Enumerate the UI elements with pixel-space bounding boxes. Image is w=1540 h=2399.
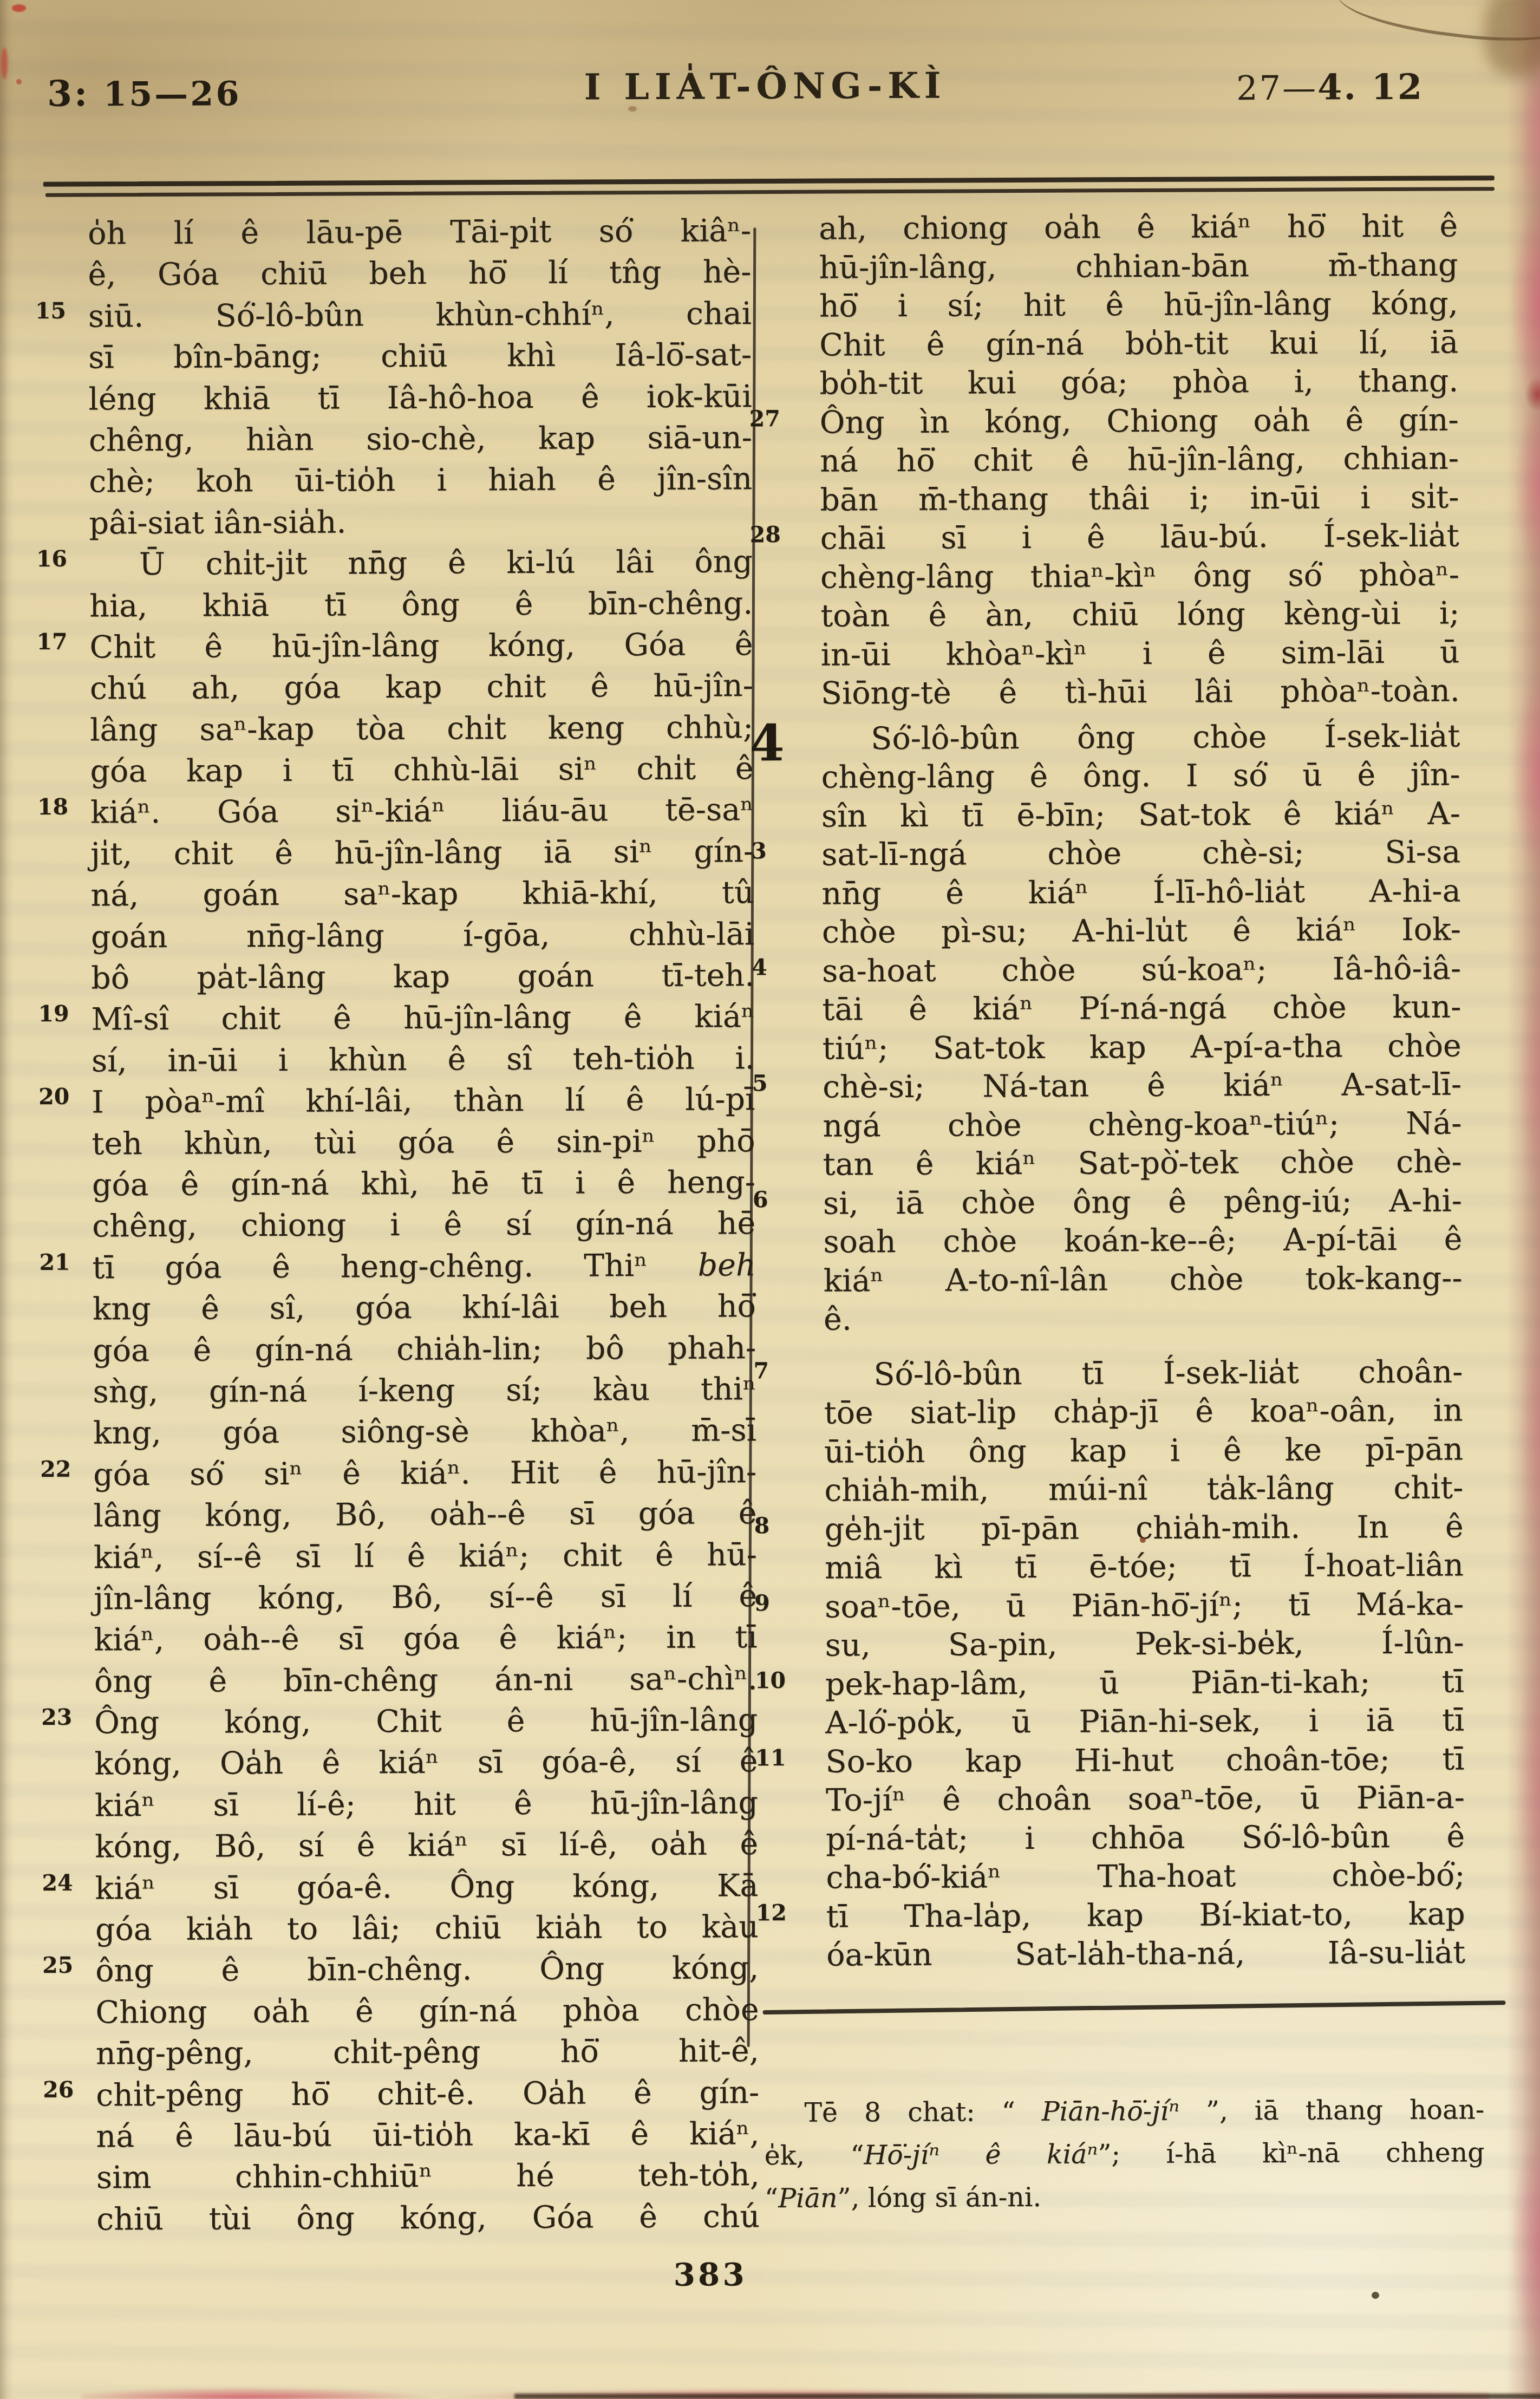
header-double-rule-top [43, 175, 1495, 187]
line-text: soah chòe koán-ke--ê; A-pí-tāi ê [823, 1221, 1462, 1260]
text-line: chèng-lâng ê ông. I só͘ ū ê jîn- [821, 755, 1460, 797]
text-line: in-ūi khòaⁿ-kìⁿ i ê sim-lāi ū [820, 633, 1459, 675]
text-line: 7Só͘-lô-bûn tī Í-sek-lia̍t choân- [824, 1353, 1463, 1394]
text-line: 26chi̍t-pêng hō͘ chit-ê. Oa̍h ê gín- [96, 2072, 759, 2116]
line-text: góa kap i tī chhù-lāi siⁿ chi̍t ê [90, 751, 753, 789]
line-text: ná hō͘ chit ê hū-jîn-lâng, chhian- [820, 440, 1459, 479]
verse-number: 22 [40, 1458, 83, 1480]
line-text: chòe pì-su; A-hi-lu̍t ê kiáⁿ Iok- [822, 911, 1461, 950]
line-text: Siōng-tè ê tì-hūi lâi phòaⁿ-toàn. [821, 673, 1460, 711]
verse-number: 9 [754, 1592, 800, 1614]
line-text: lâng kóng, Bô, oa̍h--ê sī góa ê [93, 1495, 756, 1534]
line-text: jîn-lâng kóng, Bô, sí--ê sī lí ê [94, 1578, 757, 1616]
line-text: óa-kūn Sat-la̍h-tha-ná, Iâ-su-lia̍t [826, 1934, 1465, 1973]
text-line: 20I pòaⁿ-mî khí-lâi, thàn lí ê lú-pī [92, 1079, 755, 1123]
line-text: bô pa̍t-lâng kap goán tī-teh. [91, 957, 754, 996]
line-text: sa-hoat chòe sú-koaⁿ; Iâ-hô-iâ- [822, 950, 1461, 989]
line-text: o̍h lí ê lāu-pē Tāi-pi̍t só͘ kiâⁿ- [88, 213, 751, 251]
text-line: goán nn̄g-lâng í-gōa, chhù-lāi [91, 914, 754, 958]
text-line: 12tī Tha-la̍p, kap Bí-kiat-to, kap [826, 1895, 1465, 1937]
text-line: ná hō͘ chit ê hū-jîn-lâng, chhian- [820, 439, 1459, 481]
line-text: e̍k, “Hō͘-jíⁿ ê kiáⁿ”; í-hā kìⁿ-nā chhen… [765, 2137, 1485, 2171]
text-line: léng khiā tī Iâ-hô-hoa ê iok-kūi [88, 376, 752, 420]
text-line: sîn kì tī ē-bīn; Sat-tok ê kiáⁿ A- [821, 794, 1460, 836]
line-text: ná, goán saⁿ-kap khiā-khí, tû [90, 875, 754, 913]
text-line: kiáⁿ, oa̍h--ê sī góa ê kiáⁿ; in tī [94, 1616, 757, 1661]
line-text: in-ūi khòaⁿ-kìⁿ i ê sim-lāi ū [820, 634, 1459, 673]
line-text: Ông ìn kóng, Chiong oa̍h ê gín- [820, 402, 1459, 440]
text-line: 16Ū chi̍t-ji̍t nn̄g ê ki-lú lâi ông [89, 541, 753, 585]
verse-number: 18 [37, 796, 81, 818]
verse-number: 27 [749, 407, 795, 429]
line-text: teh khùn, tùi góa ê sin-piⁿ phō [92, 1123, 755, 1162]
line-text: sǹg, gín-ná í-keng sí; kàu thiⁿ [93, 1371, 756, 1410]
line-text: ê. [824, 1301, 852, 1337]
text-line: 17Chi̍t ê hū-jîn-lâng kóng, Góa ê [89, 624, 753, 668]
line-text: kng, góa siông-sè khòaⁿ, m̄-sī [93, 1412, 756, 1451]
line-text: kiáⁿ sī lí-ê; hit ê hū-jîn-lâng [95, 1785, 758, 1823]
line-text: I pòaⁿ-mî khí-lâi, thàn lí ê lú-pī [92, 1081, 755, 1120]
text-line: Chiong oa̍h ê gín-ná phòa chòe [95, 1989, 759, 2033]
text-line: góa kia̍h to lâi; chiū kia̍h to kàu [95, 1906, 759, 1951]
line-text: tāi ê kiáⁿ Pí-ná-ngá chòe kun- [822, 989, 1461, 1027]
text-line: 5chè-si; Ná-tan ê kiáⁿ A-sat-lī- [823, 1065, 1461, 1107]
page-scan-content: 3: 15—26 I LIA̍T-ÔNG-KÌ 27—4. 12 o̍h lí … [0, 0, 1540, 2399]
line-text: chú ah, góa kap chit ê hū-jîn- [90, 668, 753, 706]
right-text-column: ah, chiong oa̍h ê kiáⁿ hō͘ hit êhū-jîn-l… [819, 207, 1465, 1975]
text-line: cha-bó͘-kiáⁿ Tha-hoat chòe-bó͘; [826, 1856, 1465, 1898]
line-text: pek-hap-lâm, ū Piān-ti-kah; tī [825, 1664, 1464, 1702]
line-text: kiáⁿ sī góa-ê. Ông kóng, Kā [95, 1868, 758, 1906]
text-line: 18kiáⁿ. Góa siⁿ-kiáⁿ liáu-āu tē-saⁿ [90, 790, 754, 834]
header-double-rule-bottom [45, 187, 1495, 197]
text-line: 23Ông kóng, Chit ê hū-jîn-lâng [94, 1699, 758, 1744]
line-text: soaⁿ-tōe, ū Piān-hō͘-jíⁿ; tī Má-ka- [825, 1586, 1464, 1625]
header-verses-right-bold: 4. 12 [1317, 67, 1424, 108]
line-text: sîn kì tī ē-bīn; Sat-tok ê kiáⁿ A- [821, 796, 1460, 834]
line-text: tōe siat-li̍p cha̍p-jī ê koaⁿ-oân, in [824, 1392, 1463, 1431]
text-line: óa-kūn Sat-la̍h-tha-ná, Iâ-su-lia̍t [826, 1933, 1465, 1975]
line-text: So-ko kap Hi-hut choân-tōe; tī [825, 1741, 1464, 1779]
text-line: góa ê gín-ná khì, hē tī i ê heng- [92, 1162, 755, 1206]
verse-number: 23 [41, 1706, 84, 1729]
page-number: 383 [656, 2256, 765, 2293]
text-line: 4Só͘-lô-bûn ông chòe Í-sek-lia̍t [821, 717, 1460, 759]
text-line: sǹg, gín-ná í-keng sí; kàu thiⁿ [93, 1368, 756, 1413]
line-text: cha-bó͘-kiáⁿ Tha-hoat chòe-bó͘; [826, 1857, 1465, 1895]
verse-number: 10 [755, 1669, 801, 1691]
line-text: ông ê bīn-chêng. Ông kóng, [95, 1951, 759, 1989]
text-line: teh khùn, tùi góa ê sin-piⁿ phō [92, 1120, 755, 1165]
footnote-block: Tē 8 chat: “ Piān-hō͘-jíⁿ ”, iā thang ho… [764, 2088, 1485, 2220]
line-text: chāi sī i ê lāu-bú. Í-sek-lia̍t [820, 518, 1459, 556]
text-line: hō͘ i sí; hit ê hū-jîn-lâng kóng, [819, 284, 1458, 326]
line-text: miâ kì tī ē-tóe; tī Í-hoat-liân [825, 1547, 1464, 1586]
line-text: kóng, Bô, sí ê kiáⁿ sī lí-ê, oa̍h ê [95, 1826, 758, 1865]
line-text: Chiong oa̍h ê gín-ná phòa chòe [95, 1992, 759, 2030]
verse-number: 20 [38, 1086, 82, 1108]
text-line: ê, Góa chiū beh hō͘ lí tn̂g hè- [88, 252, 751, 296]
line-text: sat-lī-ngá chòe chè-si; Si-sa [821, 834, 1460, 872]
text-line: ngá chòe chèng-koaⁿ-tiúⁿ; Ná- [823, 1104, 1461, 1146]
text-line: 9soaⁿ-tōe, ū Piān-hō͘-jíⁿ; tī Má-ka- [825, 1585, 1464, 1627]
text-line: kiáⁿ, sí--ê sī lí ê kiáⁿ; chit ê hū- [94, 1534, 757, 1579]
line-text: siū. Só͘-lô-bûn khùn-chhíⁿ, chai [88, 296, 752, 334]
line-text: bān m̄-thang thâi i; in-ūi i si̍t- [820, 479, 1459, 518]
text-line: nn̄g-pêng, chi̍t-pêng hō͘ hit-ê, [96, 2030, 759, 2075]
line-text: sim chhin-chhiūⁿ hé teh-to̍h, [96, 2157, 760, 2195]
line-text: góa ê gín-ná khì, hē tī i ê heng- [92, 1164, 755, 1203]
text-line: bo̍h-tit kui góa; phòa i, thang. [819, 362, 1458, 403]
text-line: hū-jîn-lâng, chhian-bān m̄-thang [819, 246, 1458, 288]
text-line: 28chāi sī i ê lāu-bú. Í-sek-lia̍t [820, 517, 1459, 558]
line-text: Mî-sî chit ê hū-jîn-lâng ê kiáⁿ [91, 999, 754, 1038]
text-line: chêng, chiong i ê sí gín-ná hē [92, 1203, 755, 1247]
text-line: 27Ông ìn kóng, Chiong oa̍h ê gín- [820, 401, 1459, 442]
verse-number: 7 [753, 1359, 799, 1381]
verse-number: 11 [755, 1746, 801, 1769]
text-line: pâi-siat iân-sia̍h. [89, 500, 752, 544]
text-line: kóng, Bô, sí ê kiáⁿ sī lí-ê, oa̍h ê [95, 1823, 758, 1868]
text-line: 10pek-hap-lâm, ū Piān-ti-kah; tī [825, 1663, 1464, 1704]
line-text: To-jíⁿ ê choân soaⁿ-tōe, ū Piān-a- [826, 1779, 1465, 1818]
text-line: Chit ê gín-ná bo̍h-tit kui lí, iā [819, 323, 1458, 365]
verse-number: 3 [751, 840, 797, 862]
line-text: Chit ê gín-ná bo̍h-tit kui lí, iā [819, 324, 1458, 363]
line-text: léng khiā tī Iâ-hô-hoa ê iok-kūi [88, 379, 752, 417]
line-text: su, Sa-pin, Pek-si-be̍k, Í-lûn- [825, 1625, 1464, 1663]
line-text: chè-si; Ná-tan ê kiáⁿ A-sat-lī- [823, 1066, 1461, 1105]
line-text: nn̄g-pêng, chi̍t-pêng hō͘ hit-ê, [96, 2033, 759, 2071]
text-line: 3sat-lī-ngá chòe chè-si; Si-sa [821, 833, 1460, 875]
line-text: góa ê gín-ná chia̍h-lin; bô phah- [93, 1330, 756, 1368]
text-line: tāi ê kiáⁿ Pí-ná-ngá chòe kun- [822, 988, 1461, 1029]
line-text: chèng-lâng thiaⁿ-kìⁿ ông só͘ phòaⁿ- [820, 557, 1459, 595]
verse-number: 15 [35, 299, 79, 322]
text-line: e̍k, “Hō͘-jíⁿ ê kiáⁿ”; í-hā kìⁿ-nā chhen… [765, 2131, 1485, 2177]
line-text: A-ló͘-po̍k, ū Piān-hi-sek, i iā tī [825, 1702, 1464, 1740]
text-line: su, Sa-pin, Pek-si-be̍k, Í-lûn- [825, 1624, 1464, 1665]
line-text: bo̍h-tit kui góa; phòa i, thang. [819, 363, 1458, 401]
line-text: chi̍t-pêng hō͘ chit-ê. Oa̍h ê gín- [96, 2075, 759, 2113]
text-line: 4sa-hoat chòe sú-koaⁿ; Iâ-hô-iâ- [822, 949, 1461, 991]
verse-number: 12 [756, 1901, 802, 1924]
text-line: 24kiáⁿ sī góa-ê. Ông kóng, Kā [95, 1865, 758, 1909]
text-line: chèng-lâng thiaⁿ-kìⁿ ông só͘ phòaⁿ- [820, 556, 1459, 597]
line-text: chè; koh ūi-tio̍h i hiah ê jîn-sîn [89, 461, 752, 499]
line-text: kiáⁿ A-to-nî-lân chòe tok-kang-- [824, 1260, 1463, 1299]
text-line: sí, in-ūi i khùn ê sî teh-tio̍h i. [92, 1038, 755, 1082]
text-line: toàn ê àn, chiū lóng kèng-ùi i; [820, 594, 1459, 636]
text-line: chia̍h-mi̍h, múi-nî ta̍k-lâng chi̍t- [824, 1469, 1463, 1510]
text-line: lâng kóng, Bô, oa̍h--ê sī góa ê [93, 1492, 756, 1537]
line-text: pí-ná-ta̍t; i chhōa Só͘-lô-bûn ê [826, 1818, 1465, 1857]
text-line: góa ê gín-ná chia̍h-lin; bô phah- [93, 1327, 756, 1372]
text-line: ūi-tio̍h ông kap i ê ke pī-pān [824, 1430, 1463, 1472]
line-text: kng ê sî, góa khí-lâi beh hō͘ [93, 1288, 756, 1327]
line-text: nn̄g ê kiáⁿ Í-lī-hô-lia̍t A-hi-a [821, 873, 1460, 911]
verse-number: 17 [36, 630, 80, 653]
text-line: ông ê bīn-chêng án-ni saⁿ-chìⁿ. [94, 1658, 758, 1703]
line-text: “Piān”, lóng sī án-ni. [765, 2182, 1041, 2214]
text-line: 11So-ko kap Hi-hut choân-tōe; tī [825, 1740, 1464, 1782]
text-line: o̍h lí ê lāu-pē Tāi-pi̍t só͘ kiâⁿ- [88, 210, 751, 255]
line-text: sí, in-ūi i khùn ê sî teh-tio̍h i. [92, 1040, 755, 1079]
verse-number: 4 [752, 956, 798, 978]
text-line: 8ge̍h-ji̍t pī-pān chia̍h-mi̍h. In ê [825, 1508, 1464, 1549]
text-line: “Piān”, lóng sī án-ni. [765, 2174, 1485, 2220]
verse-number: 8 [754, 1514, 800, 1536]
line-text: tī góa ê heng-chêng. Thiⁿ beh [92, 1247, 755, 1286]
verse-number: 24 [42, 1872, 85, 1894]
line-text: lâng saⁿ-kap tòa chi̍t keng chhù; [90, 709, 753, 748]
text-line: sim chhin-chhiūⁿ hé teh-to̍h, [96, 2154, 760, 2199]
line-text: pâi-siat iân-sia̍h. [89, 504, 346, 541]
line-text: Só͘-lô-bûn tī Í-sek-lia̍t choân- [873, 1354, 1463, 1392]
verse-number: 28 [750, 524, 796, 546]
text-line: kng, góa siông-sè khòaⁿ, m̄-sī [93, 1410, 756, 1454]
line-text: kiáⁿ, sí--ê sī lí ê kiáⁿ; chit ê hū- [94, 1537, 757, 1575]
text-line: miâ kì tī ē-tóe; tī Í-hoat-liân [825, 1546, 1464, 1588]
line-text: hū-jîn-lâng, chhian-bān m̄-thang [819, 247, 1458, 285]
text-line: nn̄g ê kiáⁿ Í-lī-hô-lia̍t A-hi-a [821, 872, 1460, 914]
verse-number: 21 [39, 1251, 82, 1273]
text-line: chêng, hiàn sio-chè, kap siā-un- [89, 417, 752, 461]
verse-number: 25 [42, 1954, 86, 1977]
line-text: chêng, chiong i ê sí gín-ná hē [92, 1205, 755, 1244]
header-verse-range-right: 27—4. 12 [1236, 67, 1424, 109]
text-line: ji̍t, chit ê hū-jîn-lâng iā siⁿ gín- [90, 831, 754, 875]
line-text: chia̍h-mi̍h, múi-nî ta̍k-lâng chi̍t- [824, 1470, 1463, 1508]
line-text: chèng-lâng ê ông. I só͘ ū ê jîn- [821, 757, 1460, 795]
text-line: tiúⁿ; Sat-tok kap A-pí-a-tha chòe [823, 1027, 1461, 1068]
text-line: 21tī góa ê heng-chêng. Thiⁿ beh [92, 1244, 755, 1289]
line-text: hō͘ i sí; hit ê hū-jîn-lâng kóng, [819, 285, 1458, 324]
text-line: sī bîn-bāng; chiū khì Iâ-lō͘-sat- [88, 334, 752, 379]
line-text: ná ê lāu-bú ūi-tio̍h ka-kī ê kiáⁿ, [96, 2116, 759, 2154]
text-line: To-jíⁿ ê choân soaⁿ-tōe, ū Piān-a- [826, 1778, 1465, 1820]
text-line: kóng, Oa̍h ê kiáⁿ sī góa-ê, sí ê [94, 1741, 758, 1785]
text-line: Siōng-tè ê tì-hūi lâi phòaⁿ-toàn. [821, 672, 1460, 713]
line-text: ge̍h-ji̍t pī-pān chia̍h-mi̍h. In ê [825, 1509, 1464, 1547]
line-text: ngá chòe chèng-koaⁿ-tiúⁿ; Ná- [823, 1105, 1461, 1144]
text-line: chú ah, góa kap chit ê hū-jîn- [90, 665, 753, 709]
line-text: chêng, hiàn sio-chè, kap siā-un- [89, 420, 752, 458]
line-text: hia, khiā tī ông ê bīn-chêng. [89, 585, 753, 624]
line-text: kiáⁿ. Góa siⁿ-kiáⁿ liáu-āu tē-saⁿ [90, 792, 754, 831]
text-line: pí-ná-ta̍t; i chhōa Só͘-lô-bûn ê [826, 1817, 1465, 1859]
line-text: ūi-tio̍h ông kap i ê ke pī-pān [824, 1431, 1463, 1470]
line-text: chiū tùi ông kóng, Góa ê chú [96, 2199, 760, 2237]
line-text: sī bîn-bāng; chiū khì Iâ-lō͘-sat- [88, 337, 752, 375]
text-line: ah, chiong oa̍h ê kiáⁿ hō͘ hit ê [819, 207, 1458, 249]
text-line: ná, goán saⁿ-kap khiā-khí, tû [90, 872, 754, 916]
text-line: 15siū. Só͘-lô-bûn khùn-chhíⁿ, chai [88, 293, 752, 337]
verse-number: 26 [43, 2078, 86, 2101]
line-text: ông ê bīn-chêng án-ni saⁿ-chìⁿ. [94, 1661, 758, 1699]
text-line: 6si, iā chòe ông ê pêng-iú; A-hi- [823, 1182, 1462, 1223]
line-text: ê, Góa chiū beh hō͘ lí tn̂g hè- [88, 255, 751, 293]
chapter-number: 4 [749, 718, 784, 767]
text-line: A-ló͘-po̍k, ū Piān-hi-sek, i iā tī [825, 1701, 1464, 1743]
line-text: goán nn̄g-lâng í-gōa, chhù-lāi [91, 916, 754, 955]
text-line: lâng saⁿ-kap tòa chi̍t keng chhù; [90, 707, 753, 751]
text-line: soah chòe koán-ke--ê; A-pí-tāi ê [823, 1220, 1462, 1262]
text-line: 25ông ê bīn-chêng. Ông kóng, [95, 1948, 759, 1992]
scanned-book-page: 3: 15—26 I LIA̍T-ÔNG-KÌ 27—4. 12 o̍h lí … [0, 0, 1540, 2399]
text-line: tōe siat-li̍p cha̍p-jī ê koaⁿ-oân, in [824, 1391, 1463, 1433]
line-text: tiúⁿ; Sat-tok kap A-pí-a-tha chòe [823, 1028, 1461, 1066]
line-text: ji̍t, chit ê hū-jîn-lâng iā siⁿ gín- [90, 833, 754, 872]
top-right-corner-smudge [1485, 0, 1540, 76]
line-text: Só͘-lô-bûn ông chòe Í-sek-lia̍t [871, 718, 1460, 757]
text-line: jîn-lâng kóng, Bô, sí--ê sī lí ê [94, 1575, 757, 1620]
footnote-rule [763, 2000, 1506, 2015]
line-text: ah, chiong oa̍h ê kiáⁿ hō͘ hit ê [819, 208, 1458, 246]
text-line: ná ê lāu-bú ūi-tio̍h ka-kī ê kiáⁿ, [96, 2113, 759, 2157]
line-text: góa kia̍h to lâi; chiū kia̍h to kàu [95, 1909, 759, 1947]
line-text: Ū chi̍t-ji̍t nn̄g ê ki-lú lâi ông [139, 544, 753, 582]
text-line: hia, khiā tī ông ê bīn-chêng. [89, 583, 753, 627]
line-text: tī Tha-la̍p, kap Bí-kiat-to, kap [826, 1896, 1465, 1934]
text-line: chòe pì-su; A-hi-lu̍t ê kiáⁿ Iok- [822, 910, 1461, 952]
line-text: toàn ê àn, chiū lóng kèng-ùi i; [820, 595, 1459, 634]
text-line: kiáⁿ sī lí-ê; hit ê hū-jîn-lâng [95, 1782, 758, 1827]
header-verses-right-plain: 27— [1236, 68, 1317, 108]
verse-number: 6 [753, 1188, 799, 1210]
text-line: bān m̄-thang thâi i; in-ūi i si̍t- [820, 478, 1459, 520]
line-text: Ông kóng, Chit ê hū-jîn-lâng [94, 1702, 758, 1740]
text-line: kng ê sî, góa khí-lâi beh hō͘ [93, 1286, 756, 1330]
verse-number: 19 [38, 1003, 81, 1025]
text-line: bô pa̍t-lâng kap goán tī-teh. [91, 955, 754, 999]
text-line: Tē 8 chat: “ Piān-hō͘-jíⁿ ”, iā thang ho… [764, 2088, 1484, 2134]
text-line: góa kap i tī chhù-lāi siⁿ chi̍t ê [90, 748, 753, 792]
bottom-edge-line [514, 2394, 1540, 2399]
text-line: tan ê kiáⁿ Sat-pò͘-tek chòe chè- [823, 1143, 1462, 1184]
text-line: chiū tùi ông kóng, Góa ê chú [96, 2196, 760, 2240]
line-text: kóng, Oa̍h ê kiáⁿ sī góa-ê, sí ê [94, 1744, 758, 1782]
line-text: tan ê kiáⁿ Sat-pò͘-tek chòe chè- [823, 1144, 1462, 1182]
text-line: 19Mî-sî chit ê hū-jîn-lâng ê kiáⁿ [91, 996, 754, 1041]
text-line: chè; koh ūi-tio̍h i hiah ê jîn-sîn [89, 458, 752, 503]
line-text: kiáⁿ, oa̍h--ê sī góa ê kiáⁿ; in tī [94, 1619, 757, 1658]
verse-number: 5 [752, 1072, 798, 1094]
line-text: góa só͘ siⁿ ê kiáⁿ. Hit ê hū-jîn- [93, 1454, 756, 1492]
text-line: 22góa só͘ siⁿ ê kiáⁿ. Hit ê hū-jîn- [93, 1451, 756, 1496]
text-line: kiáⁿ A-to-nî-lân chòe tok-kang-- [824, 1259, 1463, 1301]
left-text-column: o̍h lí ê lāu-pē Tāi-pi̍t só͘ kiâⁿ-ê, Góa… [88, 210, 760, 2240]
text-line: ê. [824, 1298, 1463, 1339]
line-text: Tē 8 chat: “ Piān-hō͘-jíⁿ ”, iā thang ho… [804, 2094, 1484, 2128]
verse-number: 16 [36, 548, 80, 570]
line-text: Chi̍t ê hū-jîn-lâng kóng, Góa ê [89, 627, 753, 665]
line-text: si, iā chòe ông ê pêng-iú; A-hi- [823, 1183, 1462, 1221]
